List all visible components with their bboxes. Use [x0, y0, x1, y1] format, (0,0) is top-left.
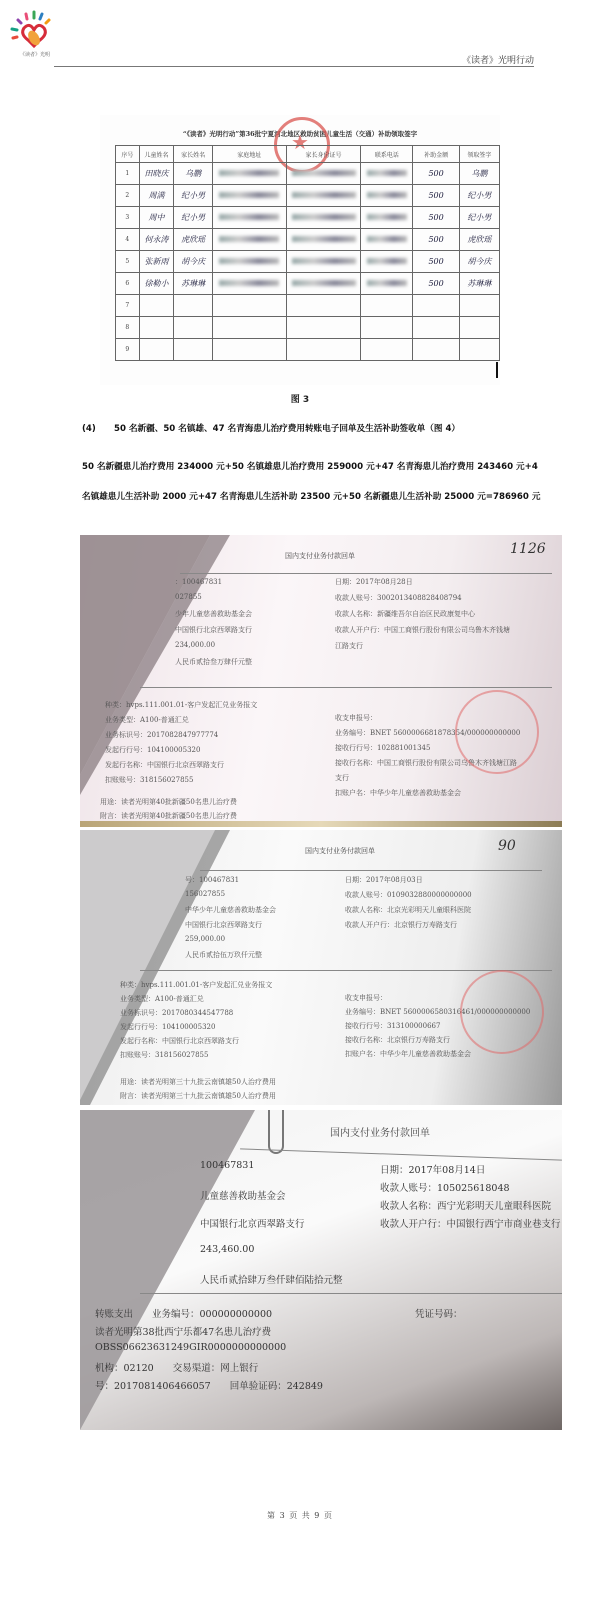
receipt-payer-field: 100467831	[200, 1160, 254, 1171]
table-cell: 500	[413, 185, 459, 207]
receipt-detail-field: 发起行名称：中国银行北京西翠路支行	[120, 1036, 239, 1046]
table-cell: 乌鹏	[459, 163, 499, 185]
table-cell: 5	[116, 251, 140, 273]
table-cell: 胡今庆	[174, 251, 212, 273]
table-cell: 2	[116, 185, 140, 207]
figure-caption: 图 3	[0, 392, 600, 405]
receipt-detail-field: OBSS066236312​49GIR0000000000000	[95, 1342, 286, 1353]
table-row: 7	[116, 295, 500, 317]
receipt-payee-field: 收款人账号：3002013408828408794	[335, 593, 462, 603]
receipt-payer-field: 中国银行北京西翠路支行	[185, 920, 262, 930]
receipt-payer-field: 中华少年儿童慈善救助基金会	[185, 905, 276, 915]
receipt-payer-field: 儿童慈善救助基金会	[200, 1188, 286, 1202]
receipt-detail-field: 收支申报号：	[345, 993, 387, 1003]
table-cell: 500	[413, 207, 459, 229]
receipt-payee-field: 收款人开户行：中国工商银行股份有限公司乌鲁木齐钱塘	[335, 625, 510, 635]
redacted-cell	[361, 207, 413, 229]
receipt-payer-field: 人民币贰拾伍万玖仟元整	[185, 950, 262, 960]
redacted-cell	[286, 251, 360, 273]
reader-bright-action-logo-icon: 《读者》光明	[6, 8, 58, 60]
signature-table: 序号儿童姓名家长姓名家庭地址家长身份证号联系电话补助金额领取签字 1田晓庆乌鹏5…	[115, 145, 500, 361]
table-cell: 虎欣瑶	[459, 229, 499, 251]
receipt-payer-field: 156027855	[185, 890, 225, 898]
table-cell: 500	[413, 273, 459, 295]
receipt-detail-field: 扣账账号：318156027855	[105, 775, 193, 785]
table-cell: 7	[116, 295, 140, 317]
table-cell	[174, 339, 212, 361]
column-header: 家庭地址	[212, 146, 286, 163]
table-cell: 500	[413, 163, 459, 185]
column-header: 序号	[116, 146, 140, 163]
paper-clip-icon	[268, 1110, 284, 1154]
table-cell: 8	[116, 317, 140, 339]
receipt-detail-field: 接收行名称：北京银行万寿路支行	[345, 1035, 450, 1045]
table-cell: 胡今庆	[459, 251, 499, 273]
redacted-cell	[286, 163, 360, 185]
handwritten-note: 1126	[510, 541, 546, 557]
redacted-cell	[361, 229, 413, 251]
table-cell: 张新雨	[139, 251, 174, 273]
table-cell: 3	[116, 207, 140, 229]
table-cell: 虎欣瑶	[174, 229, 212, 251]
receipt-detail-field: 号：2017081406466057 回单验证码：242849	[95, 1378, 323, 1392]
table-cell: 500	[413, 251, 459, 273]
receipt-payer-field: 中国银行北京西翠路支行	[175, 625, 252, 635]
table-cell: 9	[116, 339, 140, 361]
table-cell	[174, 295, 212, 317]
table-cell	[413, 339, 459, 361]
table-cell: 周中	[139, 207, 174, 229]
table-row: 4何永涛虎欣瑶500虎欣瑶	[116, 229, 500, 251]
table-cell: 田晓庆	[139, 163, 174, 185]
header-divider	[54, 66, 534, 67]
section-number: (4)	[82, 422, 114, 436]
table-cell: 纪小男	[174, 185, 212, 207]
receipt-payer-field: 人民币贰拾肆万叁仟肆佰陆拾元整	[200, 1272, 343, 1286]
redacted-cell	[361, 185, 413, 207]
table-cell	[212, 339, 286, 361]
voucher-number-label: 凭证号码：	[415, 1306, 463, 1320]
redacted-cell	[286, 207, 360, 229]
receipt-detail-field: 机构：02120 交易渠道：网上银行	[95, 1360, 258, 1374]
receipt-payer-field: 号：100467831	[185, 875, 239, 885]
redacted-cell	[286, 229, 360, 251]
receipt-payee-field: 收款人名称：新疆维吾尔自治区民政康复中心	[335, 609, 475, 619]
receipt-payee-field: 收款人账号：0109032880000000000	[345, 890, 472, 900]
margin-mark	[496, 362, 498, 378]
receipt-purpose: 用途：读者光明第三十九批云南镇雄50人治疗费用	[120, 1077, 276, 1087]
redacted-cell	[212, 185, 286, 207]
table-row: 3周中纪小男500纪小男	[116, 207, 500, 229]
table-cell: 纪小男	[174, 207, 212, 229]
table-row: 1田晓庆乌鹏500乌鹏	[116, 163, 500, 185]
table-cell: 纪小男	[459, 207, 499, 229]
table-cell	[286, 317, 360, 339]
receipt-detail-field: 发起行行号：104100005320	[120, 1022, 215, 1032]
receipt-postscript: 附言：读者光明第三十九批云南镇雄50人治疗费用	[120, 1091, 276, 1101]
receipt-payer-field: 234,000.00	[175, 641, 215, 649]
column-header: 联系电话	[361, 146, 413, 163]
table-cell	[174, 317, 212, 339]
table-cell: 苏琳琳	[174, 273, 212, 295]
receipt-payer-field: 259,000.00	[185, 935, 225, 943]
receipt-detail-field: 收支申报号：	[335, 713, 377, 723]
table-cell	[139, 317, 174, 339]
receipt-detail-field: 种类：hvps.111.001.01-客户发起汇兑业务报文	[120, 980, 272, 990]
receipt-photo-3: 国内支付业务付款回单 100467831儿童慈善救助基金会中国银行北京西翠路支行…	[80, 1110, 562, 1430]
receipt-detail-field: 接收行行号：313100000667	[345, 1021, 440, 1031]
receipt-payee-field: 收款人开户行：北京银行万寿路支行	[345, 920, 457, 930]
table-cell	[212, 317, 286, 339]
receipt-payee-field: 江路支行	[335, 641, 363, 651]
table-cell	[361, 339, 413, 361]
table-row: 8	[116, 317, 500, 339]
table-cell	[212, 295, 286, 317]
redacted-cell	[361, 273, 413, 295]
bank-seal-stamp	[455, 690, 539, 774]
redacted-cell	[286, 185, 360, 207]
receipt-detail-field: 业务类型：A100-普通汇兑	[105, 715, 189, 725]
table-row: 5张新雨胡今庆500胡今庆	[116, 251, 500, 273]
table-cell	[139, 339, 174, 361]
redacted-cell	[212, 273, 286, 295]
receipt-detail-field: 业务标识号：2017080344547788	[120, 1008, 233, 1018]
table-cell: 6	[116, 273, 140, 295]
receipt-detail-field: 扣账账号：318156027855	[120, 1050, 208, 1060]
receipt-payee-field: 收款人名称：北京光彩明天儿童眼科医院	[345, 905, 471, 915]
table-row: 6徐勒小苏琳琳500苏琳琳	[116, 273, 500, 295]
receipt-detail-field: 读者光明第38批西宁乐都47名患儿治疗费	[95, 1324, 271, 1338]
table-cell: 周满	[139, 185, 174, 207]
table-cell	[361, 295, 413, 317]
column-header: 家长姓名	[174, 146, 212, 163]
table-cell: 500	[413, 229, 459, 251]
receipt-payer-field: 少年儿童慈善救助基金会	[175, 609, 252, 619]
receipt-payer-field: 人民币贰拾叁万肆仟元整	[175, 657, 252, 667]
receipt-detail-field: 业务类型：A100-普通汇兑	[120, 994, 204, 1004]
receipt-payee-field: 日期：2017年08月28日	[335, 577, 413, 587]
redacted-cell	[286, 273, 360, 295]
receipt-detail-field: 支行	[335, 773, 349, 783]
table-cell	[361, 317, 413, 339]
table-cell	[286, 295, 360, 317]
signature-sheet-photo: “《读者》光明行动”第36批宁夏河北地区救助贫困儿童生活（交通）补助领取签字 序…	[100, 115, 500, 385]
section-heading-text: 50 名新疆、50 名镇雄、47 名青海患儿治疗费用转账电子回单及生活补助签收单…	[114, 424, 460, 434]
handwritten-note: 90	[498, 838, 516, 854]
bank-seal-stamp	[460, 970, 544, 1054]
table-cell	[286, 339, 360, 361]
receipt-detail-field: 发起行行号：104100005320	[105, 745, 200, 755]
svg-text:《读者》光明: 《读者》光明	[20, 51, 50, 58]
page-number: 第 3 页 共 9 页	[0, 1510, 600, 1521]
redacted-cell	[212, 251, 286, 273]
receipt-detail-field: 发起行名称：中国银行北京西翠路支行	[105, 760, 224, 770]
receipt-payer-field: 243,460.00	[200, 1244, 254, 1255]
column-header: 家长身份证号	[286, 146, 360, 163]
receipt-payer-field: 中国银行北京西翠路支行	[200, 1216, 305, 1230]
table-row: 2周满纪小男500纪小男	[116, 185, 500, 207]
receipt-photo-1: 国内支付业务付款回单 1126 ：100467831027855少年儿童慈善救助…	[80, 535, 562, 827]
table-cell	[413, 295, 459, 317]
receipt-detail-field: 种类：hvps.111.001.01-客户发起汇兑业务报文	[105, 700, 257, 710]
table-cell: 1	[116, 163, 140, 185]
receipt-detail-field: 扣账户名：中华少年儿童慈善救助基金会	[345, 1049, 471, 1059]
receipt-photo-2: 国内支付业务付款回单 90 号：100467831156027855中华少年儿童…	[80, 830, 562, 1105]
receipt-title: 国内支付业务付款回单	[285, 551, 355, 561]
receipt-title: 国内支付业务付款回单	[330, 1124, 430, 1139]
table-cell	[459, 317, 499, 339]
receipt-detail-field: 业务标识号：2017082847977774	[105, 730, 218, 740]
table-cell	[413, 317, 459, 339]
table-cell	[139, 295, 174, 317]
table-cell: 苏琳琳	[459, 273, 499, 295]
receipt-payer-field: 027855	[175, 593, 202, 601]
column-header: 儿童姓名	[139, 146, 174, 163]
receipt-postscript: 附言：读者光明第40批新疆50名患儿治疗费	[100, 811, 237, 821]
receipt-detail-field: 接收行行号：102881001345	[335, 743, 430, 753]
section-body: 50 名新疆患儿治疗费用 234000 元+50 名镇雄患儿治疗费用 25900…	[82, 452, 542, 512]
receipt-payee-field: 收款人账号：105025618048	[380, 1180, 510, 1194]
receipt-detail-field: 扣账户名：中华少年儿童慈善救助基金会	[335, 788, 461, 798]
receipt-title: 国内支付业务付款回单	[305, 846, 375, 856]
table-cell: 何永涛	[139, 229, 174, 251]
table-cell: 4	[116, 229, 140, 251]
redacted-cell	[361, 251, 413, 273]
table-row: 9	[116, 339, 500, 361]
redacted-cell	[361, 163, 413, 185]
column-header: 补助金额	[413, 146, 459, 163]
table-cell: 纪小男	[459, 185, 499, 207]
redacted-cell	[212, 163, 286, 185]
receipt-payer-field: ：100467831	[175, 577, 222, 587]
receipt-detail-field: 转账支出 业务编号：000000000000	[95, 1306, 272, 1320]
receipt-payee-field: 收款人开户行：中国银行西宁市商业巷支行	[380, 1216, 561, 1230]
redacted-cell	[212, 229, 286, 251]
table-cell: 徐勒小	[139, 273, 174, 295]
table-cell	[459, 339, 499, 361]
receipt-payee-field: 收款人名称：西宁光彩明天儿童眼科医院	[380, 1198, 551, 1212]
header-title: 《读者》光明行动	[462, 53, 534, 66]
section-heading: (4)50 名新疆、50 名镇雄、47 名青海患儿治疗费用转账电子回单及生活补助…	[82, 422, 542, 436]
redacted-cell	[212, 207, 286, 229]
table-cell	[459, 295, 499, 317]
receipt-purpose: 用途：读者光明第40批新疆50名患儿治疗费	[100, 797, 237, 807]
column-header: 领取签字	[459, 146, 499, 163]
table-cell: 乌鹏	[174, 163, 212, 185]
receipt-payee-field: 日期：2017年08月14日	[380, 1162, 485, 1176]
receipt-payee-field: 日期：2017年08月03日	[345, 875, 423, 885]
